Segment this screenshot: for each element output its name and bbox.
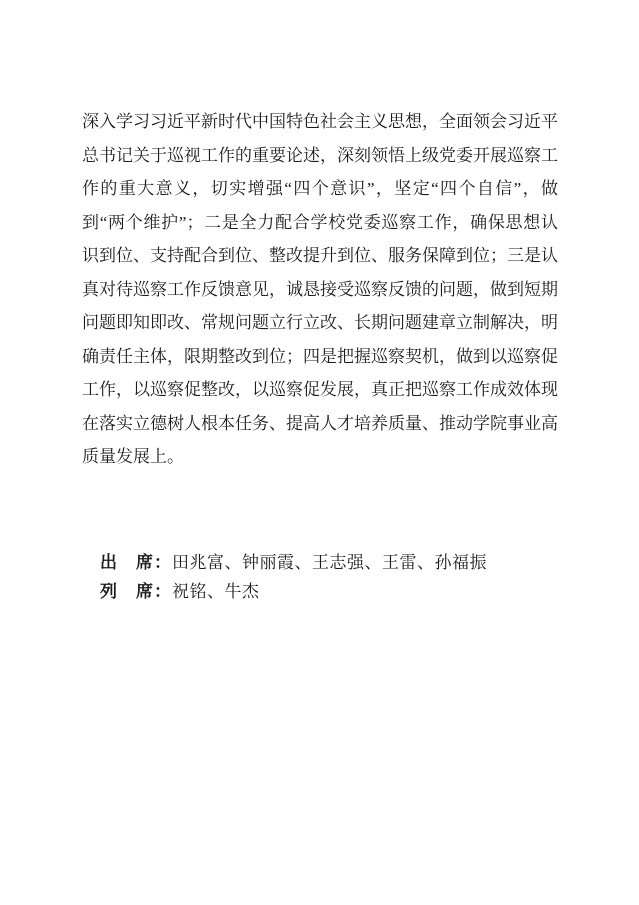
attendance-observer-row: 列 席：祝铭、牛杰 — [100, 577, 560, 606]
body-paragraph: 深入学习习近平新时代中国特色社会主义思想，全面领会习近平 总书记关于巡视工作的重… — [82, 105, 558, 474]
body-line: 在落实立德树人根本任务、提高人才培养质量、推动学院事业高 — [82, 407, 558, 441]
body-line: 真对待巡察工作反馈意见，诚恳接受巡察反馈的问题，做到短期 — [82, 273, 558, 307]
present-names: 田兆富、钟丽霞、王志强、王雷、孙福振 — [172, 553, 487, 572]
body-line: 深入学习习近平新时代中国特色社会主义思想，全面领会习近平 — [82, 105, 558, 139]
body-line: 问题即知即改、常规问题立行立改、长期问题建章立制解决，明 — [82, 306, 558, 340]
body-line: 工作，以巡察促整改，以巡察促发展，真正把巡察工作成效体现 — [82, 373, 558, 407]
observer-label: 列 席： — [100, 582, 172, 601]
attendance-present-row: 出 席：田兆富、钟丽霞、王志强、王雷、孙福振 — [100, 548, 560, 577]
body-line: 识到位、支持配合到位、整改提升到位、服务保障到位；三是认 — [82, 239, 558, 273]
body-line: 确责任主体，限期整改到位；四是把握巡察契机，做到以巡察促 — [82, 340, 558, 374]
body-line: 质量发展上。 — [82, 440, 558, 474]
present-label: 出 席： — [100, 553, 172, 572]
body-line: 作的重大意义，切实增强“四个意识”，坚定“四个自信”，做 — [82, 172, 558, 206]
body-line: 总书记关于巡视工作的重要论述，深刻领悟上级党委开展巡察工 — [82, 139, 558, 173]
document-page: 深入学习习近平新时代中国特色社会主义思想，全面领会习近平 总书记关于巡视工作的重… — [0, 0, 639, 905]
body-line: 到“两个维护”；二是全力配合学校党委巡察工作，确保思想认 — [82, 206, 558, 240]
attendance-section: 出 席：田兆富、钟丽霞、王志强、王雷、孙福振 列 席：祝铭、牛杰 — [100, 548, 560, 606]
observer-names: 祝铭、牛杰 — [172, 582, 260, 601]
